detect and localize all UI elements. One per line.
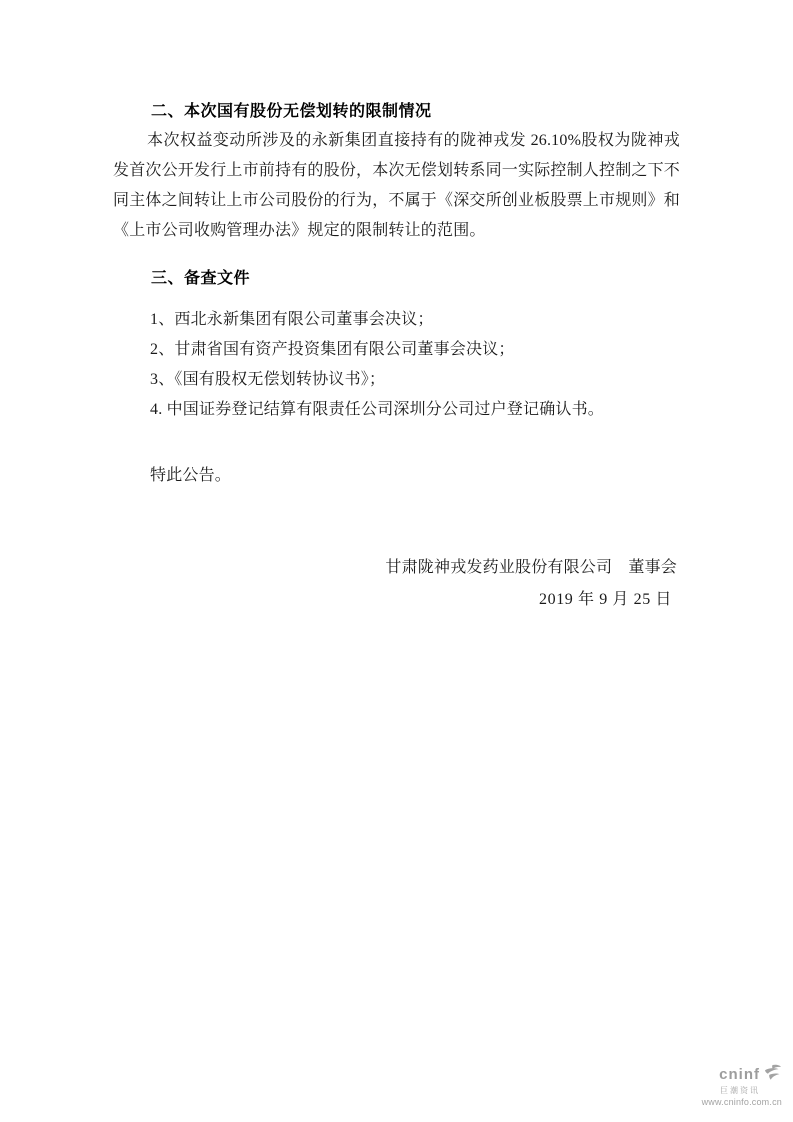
cninfo-brand-chinese: 巨潮资讯 — [720, 1087, 760, 1095]
signature-block: 甘肃陇神戎发药业股份有限公司 董事会 2019 年 9 月 25 日 — [113, 553, 680, 615]
section-heading-restrictions: 二、本次国有股份无偿划转的限制情况 — [113, 100, 680, 123]
section-heading-reference-documents: 三、备查文件 — [113, 267, 680, 290]
signature-date: 2019 年 9 月 25 日 — [113, 585, 680, 615]
cninfo-logo-text: cninf — [719, 1067, 760, 1082]
cninfo-swirl-icon — [762, 1064, 782, 1085]
document-page: 二、本次国有股份无偿划转的限制情况 本次权益变动所涉及的永新集团直接持有的陇神戎… — [0, 0, 793, 1122]
cninfo-url: www.cninfo.com.cn — [702, 1098, 782, 1107]
list-item: 1、西北永新集团有限公司董事会决议； — [113, 305, 680, 335]
list-item: 3、《国有股权无偿划转协议书》； — [113, 365, 680, 395]
signature-company: 甘肃陇神戎发药业股份有限公司 董事会 — [113, 553, 680, 583]
cninfo-watermark: cninf 巨潮资讯 www.cninfo.com.cn — [702, 1064, 782, 1107]
list-item: 2、甘肃省国有资产投资集团有限公司董事会决议； — [113, 335, 680, 365]
restrictions-paragraph: 本次权益变动所涉及的永新集团直接持有的陇神戎发 26.10%股权为陇神戎发首次公… — [113, 126, 680, 246]
closing-statement: 特此公告。 — [113, 461, 680, 491]
reference-documents-list: 1、西北永新集团有限公司董事会决议； 2、甘肃省国有资产投资集团有限公司董事会决… — [113, 305, 680, 425]
cninfo-logo-row: cninf — [719, 1064, 782, 1085]
document-content: 二、本次国有股份无偿划转的限制情况 本次权益变动所涉及的永新集团直接持有的陇神戎… — [113, 0, 680, 615]
list-item: 4. 中国证券登记结算有限责任公司深圳分公司过户登记确认书。 — [113, 395, 680, 425]
